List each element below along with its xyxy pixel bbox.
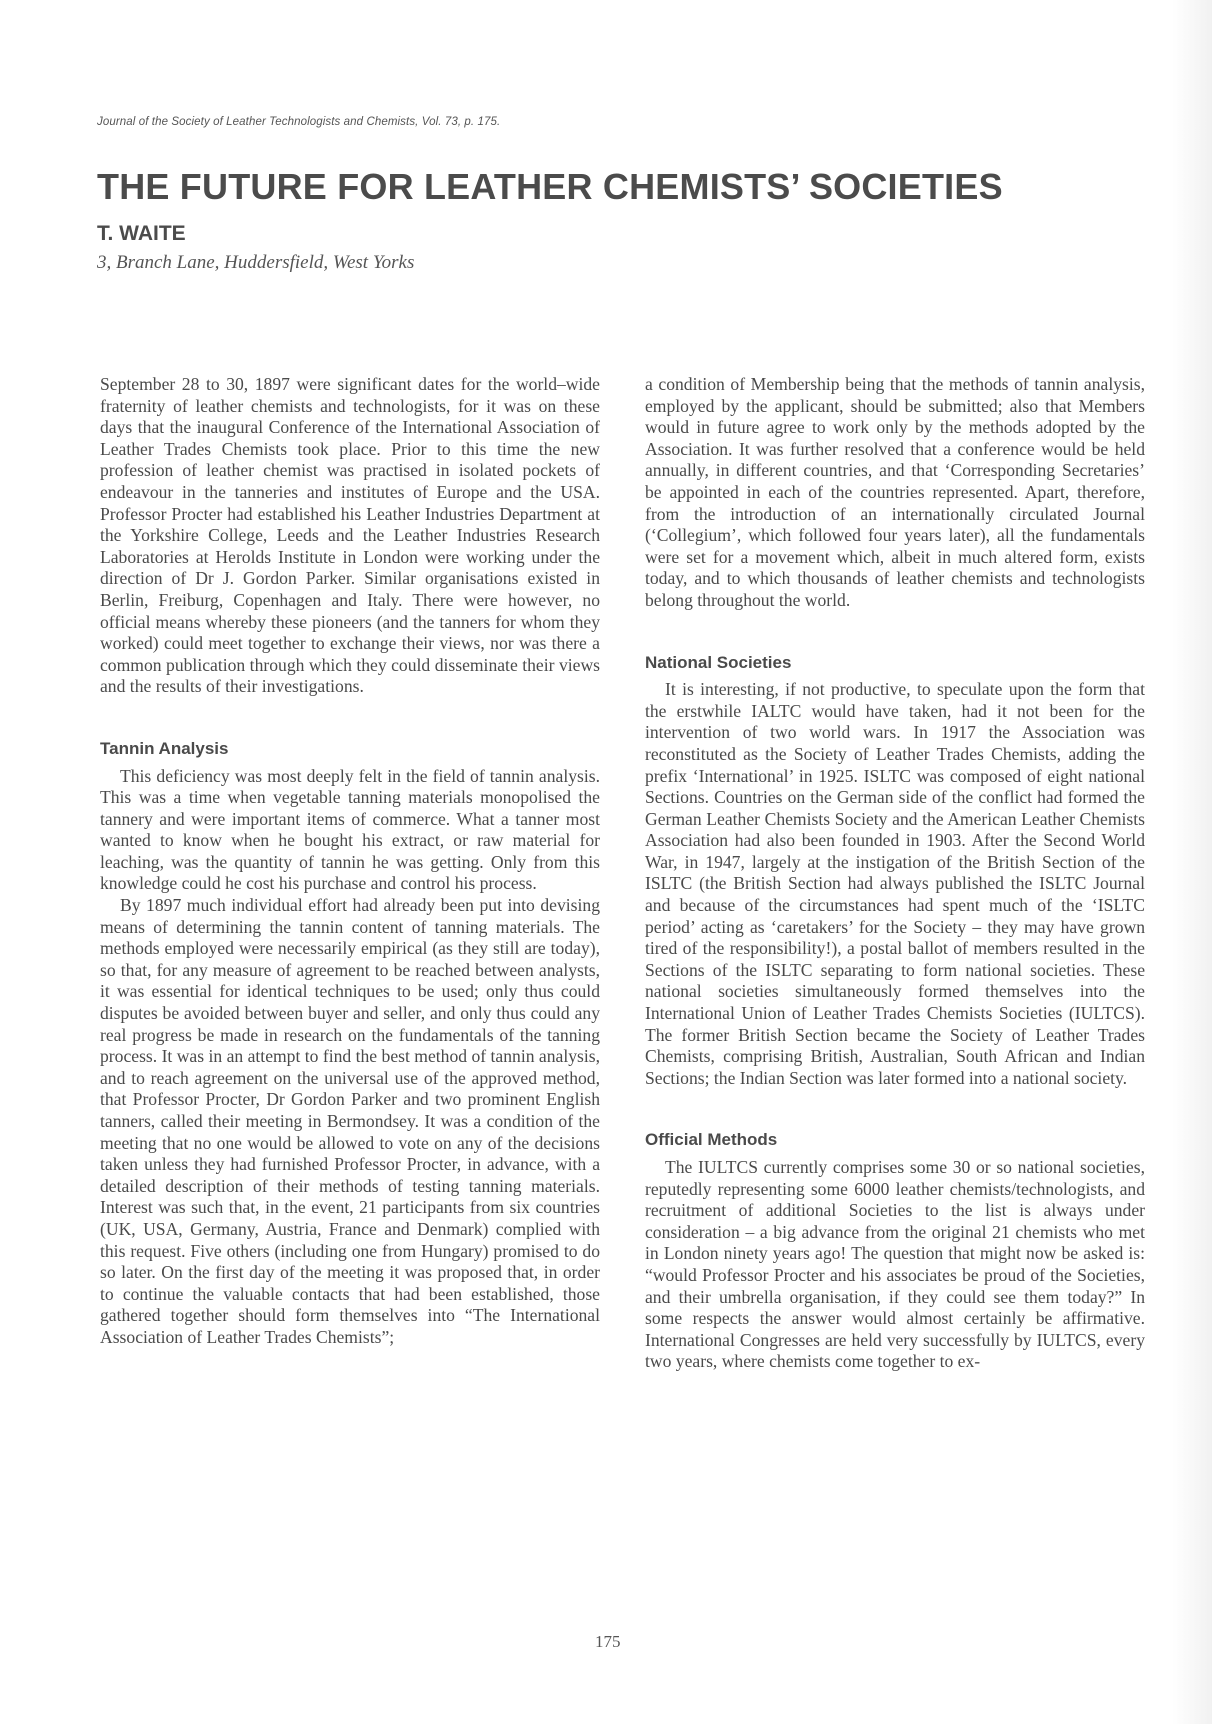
body-paragraph: It is interesting, if not productive, to… [645, 679, 1145, 1089]
body-paragraph: The IULTCS currently comprises some 30 o… [645, 1157, 1145, 1373]
page-number: 175 [595, 1632, 621, 1652]
author-address: 3, Branch Lane, Huddersfield, West Yorks [97, 252, 414, 274]
body-paragraph: This deficiency was most deeply felt in … [100, 766, 600, 896]
left-column: September 28 to 30, 1897 were significan… [100, 374, 600, 1349]
right-column: a condition of Membership being that the… [645, 374, 1145, 1373]
section-heading-tannin-analysis: Tannin Analysis [100, 738, 600, 760]
article-title: THE FUTURE FOR LEATHER CHEMISTS’ SOCIETI… [97, 166, 1003, 208]
body-paragraph: By 1897 much individual effort had alrea… [100, 895, 600, 1348]
section-heading-official-methods: Official Methods [645, 1129, 1145, 1151]
continuation-paragraph: a condition of Membership being that the… [645, 374, 1145, 612]
intro-paragraph: September 28 to 30, 1897 were significan… [100, 374, 600, 698]
page-edge-shadow [1172, 0, 1212, 1724]
section-heading-national-societies: National Societies [645, 652, 1145, 674]
article-author: T. WAITE [97, 222, 186, 246]
journal-reference: Journal of the Society of Leather Techno… [97, 116, 500, 128]
